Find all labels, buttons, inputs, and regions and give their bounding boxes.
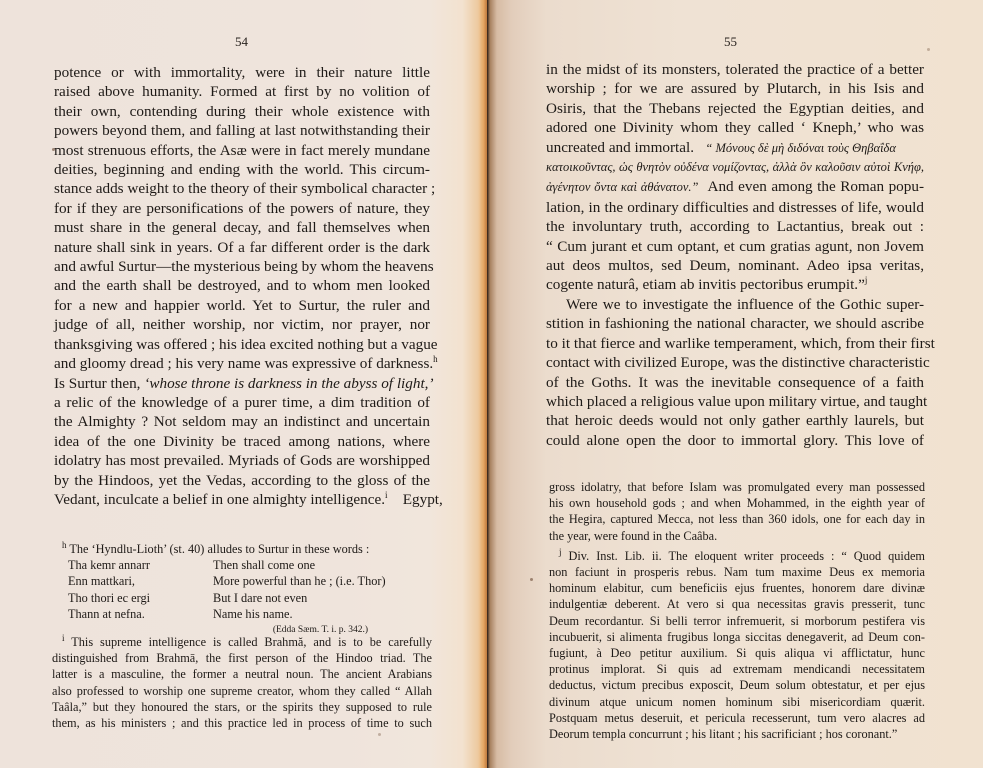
body-text: in the midst of its monsters, tolerated … [546,60,924,450]
text-line: most strenuous efforts, the Asæ were in … [54,141,430,160]
verse-original: Tho thori ec ergi [62,590,213,606]
text-segment: and gloomy dread ; his very name was exp… [54,355,433,372]
greek-line: κατοικοῦντας, ὡς θνητὸν οὐδένα νομίζοντα… [546,158,924,177]
greek-quote: “ Μόνους δὲ μὴ διδόναι τοὺς Θηβαΐδα [705,141,896,155]
text-line: worship ; for we are assured by Plutarch… [546,79,924,98]
text-line: in the midst of its monsters, tolerated … [546,60,924,79]
text-line: aut deos multos, sed Deum, nominant. Ade… [546,256,924,275]
text-line: a relic of the knowledge of a purer time… [54,393,430,412]
text-line: Were we to investigate the influence of … [546,295,924,314]
footnote-h: h The ‘Hyndlu-Lioth’ (st. 40) alludes to… [62,541,432,638]
footnote-line: them, as his ministers ; and this practi… [52,715,432,731]
text-line: raised above humanity. Formed at first b… [54,82,430,101]
footnote-line: i This supreme intelligence is called Br… [52,634,432,650]
footnote-line: Taâla,” but they honoured the stars, or … [52,699,432,715]
footnote-i: i This supreme intelligence is called Br… [52,634,432,731]
footnote-ref-i: i [385,490,388,500]
text-line: and the earth shall be destroyed, and to… [54,276,430,295]
text-line: adored one Divinity whom they called ‘ K… [546,118,924,137]
text-segment: And even among the Roman popu- [708,178,925,195]
verse-original: Thann at nefna. [62,606,213,622]
book-spread: 54 potence or with immortality, were in … [0,0,983,768]
footnote-line: Postquam metus deseruit, et pericula rec… [549,710,925,726]
verse-translation: More powerful than he ; (i.e. Thor) [213,573,432,589]
text-line: stance adds weight to the theory of thei… [54,179,430,198]
text-line: the Almighty ? Not seldom may an indisti… [54,412,430,431]
verse-line: Tha kemr annarrThen shall come one [62,557,432,573]
footnote-line: j Div. Inst. Lib. ii. The eloquent write… [549,548,925,564]
footnote-line: deductus, victum precibus exposcit, Deum… [549,677,925,693]
footnote-line: Deum recordantur. Si belli terror infrem… [549,613,925,629]
footnote-marker: h [62,540,67,550]
text-line: for a new and happier world. Yet to Surt… [54,296,430,315]
text-line: of the Goths. It was the inevitable cons… [546,373,924,392]
verse-line: Enn mattkari,More powerful than he ; (i.… [62,573,432,589]
text-line: for if they are personifications of the … [54,199,430,218]
page-number: 54 [235,34,248,50]
footnote-intro: h The ‘Hyndlu-Lioth’ (st. 40) alludes to… [62,541,432,557]
text-line: ἀγένητον ὄντα καὶ ἀθάνατον.” And even am… [546,177,924,197]
footnote-ref-j: j [865,275,868,285]
footnote-text: This supreme intelligence is called Brah… [71,635,432,649]
text-segment: Vedant, inculcate a belief in one almigh… [54,491,385,508]
text-line: by the Hindoos, yet the Vedas, according… [54,471,430,490]
text-line: Vedant, inculcate a belief in one almigh… [54,490,430,509]
verse-translation: Then shall come one [213,557,432,573]
body-text: potence or with immortality, were in the… [54,63,430,509]
text-line: must share in the general decay, and fal… [54,218,430,237]
footnote-line: protinus implorat. Si quis ad extremam m… [549,661,925,677]
text-segment: cogente naturâ, etiam ab invitis pectori… [546,276,865,293]
paper-speck [52,148,55,151]
text-line: thanksgiving was offered ; his idea exci… [54,335,430,354]
text-line: cogente naturâ, etiam ab invitis pectori… [546,275,924,294]
text-line: to it that fierce and warlike temperamen… [546,334,924,353]
text-line: idolatry has most prevailed. Myriads of … [54,451,430,470]
text-line: deities, beginning and ending with the w… [54,160,430,179]
footnote-line: his own household gods ; and when Mohamm… [549,495,925,511]
footnote-line: fugiunt, à Deo petitur auxilium. Si quis… [549,645,925,661]
footnote-marker: i [62,633,65,643]
footnote-line: latter is a masculine, the former a neut… [52,666,432,682]
greek-quote: ἀγένητον ὄντα καὶ ἀθάνατον.” [546,180,699,194]
text-line: lation, in the ordinary difficulties and… [546,198,924,217]
footnote-text: Div. Inst. Lib. ii. The eloquent writer … [569,549,926,563]
text-segment: Is Surtur then, [54,375,140,392]
left-page: 54 potence or with immortality, were in … [0,0,487,768]
text-line: “ Cum jurant et cum optant, et cum grati… [546,237,924,256]
text-line: powers beyond them, and falling at last … [54,121,430,140]
footnote-line: the year, were found in the Caâba. [549,528,925,544]
verse-translation: But I dare not even [213,590,432,606]
text-line: judge of all, neither worship, nor victi… [54,315,430,334]
footnote-line: distinguished from Brahmā, the first per… [52,650,432,666]
verse-line: Thann at nefna.Name his name. [62,606,432,622]
text-line: could alone open the door to immortal gl… [546,431,924,450]
text-line: their own, contending during their whole… [54,102,430,121]
text-line: that heroic deeds would not only gather … [546,411,924,430]
footnote-line: indulgentiæ deberent. At vero si qua nec… [549,596,925,612]
footnotes-right: gross idolatry, that before Islam was pr… [549,479,925,742]
text-line: contact with civilized Europe, was the d… [546,353,924,372]
page-number: 55 [724,34,737,50]
footnote-line: hominum elabitur, cum beneficiis ejus fr… [549,580,925,596]
text-line: potence or with immortality, were in the… [54,63,430,82]
text-line: and gloomy dread ; his very name was exp… [54,354,430,373]
text-line: Osiris, that the Thebans rejected the Eg… [546,99,924,118]
text-segment: Egypt, [403,491,443,508]
footnote-line: the Hegira, captured Mecca, not less tha… [549,511,925,527]
verse-line: Tho thori ec ergiBut I dare not even [62,590,432,606]
text-line: nature shall sink in years. Of a far dif… [54,238,430,257]
text-line: and awful Surtur—the mysterious being by… [54,257,430,276]
italic-quote: ‘whose throne is darkness in the abyss o… [144,375,433,392]
text-line: idea of the one Divinity be traced among… [54,432,430,451]
footnote-line: gross idolatry, that before Islam was pr… [549,479,925,495]
footnote-line: incubuerit, si alimenta frugibus longa s… [549,629,925,645]
footnote-line: Deorum templa concurrunt ; his litant ; … [549,726,925,742]
paper-speck [927,48,930,51]
footnote-line: non faciunt in prosperis rebus. Nam tum … [549,564,925,580]
text-line: the involuntary truth, according to Lact… [546,217,924,236]
paper-speck [530,578,533,581]
text-line: stition in fashioning the national chara… [546,314,924,333]
verse-original: Enn mattkari, [62,573,213,589]
text-line: which placed a religious value upon mili… [546,392,924,411]
text-line: Is Surtur then, ‘whose throne is darknes… [54,374,430,393]
footnote-line: also professed to worship one supreme cr… [52,683,432,699]
text-line: uncreated and immortal. “ Μόνους δὲ μὴ δ… [546,138,924,158]
verse-translation: Name his name. [213,606,432,622]
footnote-marker: j [559,547,562,557]
footnote-ref-h: h [433,354,438,364]
verse-original: Tha kemr annarr [62,557,213,573]
text-segment: uncreated and immortal. [546,139,694,156]
footnote-line: divinum atque unicum nomen hominum sibi … [549,694,925,710]
footnote-intro-text: The ‘Hyndlu-Lioth’ (st. 40) alludes to S… [69,542,369,556]
book-gutter [478,0,487,768]
paper-speck [378,733,381,736]
